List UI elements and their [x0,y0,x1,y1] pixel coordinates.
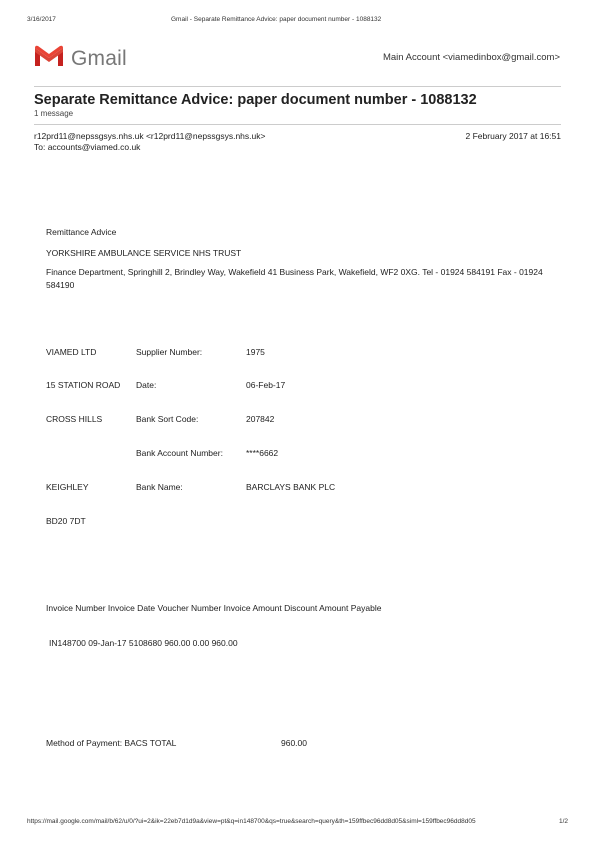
detail-value-supplier-number: 1975 [246,347,265,357]
account-label: Main Account <viamedinbox@gmail.com> [383,52,560,63]
detail-value-bank-name: BARCLAYS BANK PLC [246,482,335,492]
payment-method: Method of Payment: BACS TOTAL [46,738,176,748]
organisation-address: Finance Department, Springhill 2, Brindl… [46,266,546,292]
supplier-address-line: VIAMED LTD [46,347,96,357]
detail-value-date: 06-Feb-17 [246,380,285,390]
invoice-header-row: Invoice Number Invoice Date Voucher Numb… [46,603,381,613]
divider [34,124,561,125]
detail-value-account-number: ****6662 [246,448,278,458]
gmail-m-icon [33,44,65,73]
print-url: https://mail.google.com/mail/b/62/u/0/?u… [27,818,476,825]
print-page-title: Gmail - Separate Remittance Advice: pape… [171,16,381,23]
detail-label-sort-code: Bank Sort Code: [136,414,198,424]
detail-label-bank-name: Bank Name: [136,482,183,492]
detail-value-sort-code: 207842 [246,414,274,424]
detail-label-account-number: Bank Account Number: [136,448,223,458]
gmail-wordmark: Gmail [71,47,127,71]
detail-label-date: Date: [136,380,156,390]
supplier-address-line: BD20 7DT [46,516,86,526]
recipient: To: accounts@viamed.co.uk [34,142,140,152]
organisation-name: YORKSHIRE AMBULANCE SERVICE NHS TRUST [46,248,241,258]
page-number: 1/2 [559,818,568,825]
supplier-address-line: CROSS HILLS [46,414,102,424]
message-count: 1 message [34,109,73,118]
print-date: 3/16/2017 [27,16,56,23]
supplier-address-line: KEIGHLEY [46,482,89,492]
invoice-row: IN148700 09-Jan-17 5108680 960.00 0.00 9… [49,638,238,648]
sent-date: 2 February 2017 at 16:51 [466,131,561,141]
email-subject: Separate Remittance Advice: paper docume… [34,92,477,108]
detail-label-supplier-number: Supplier Number: [136,347,202,357]
gmail-logo: Gmail [33,44,127,73]
payment-total: 960.00 [281,738,307,748]
divider [34,86,561,87]
supplier-address-line: 15 STATION ROAD [46,380,120,390]
remittance-heading: Remittance Advice [46,227,116,237]
sender: r12prd11@nepssgsys.nhs.uk <r12prd11@neps… [34,131,265,141]
